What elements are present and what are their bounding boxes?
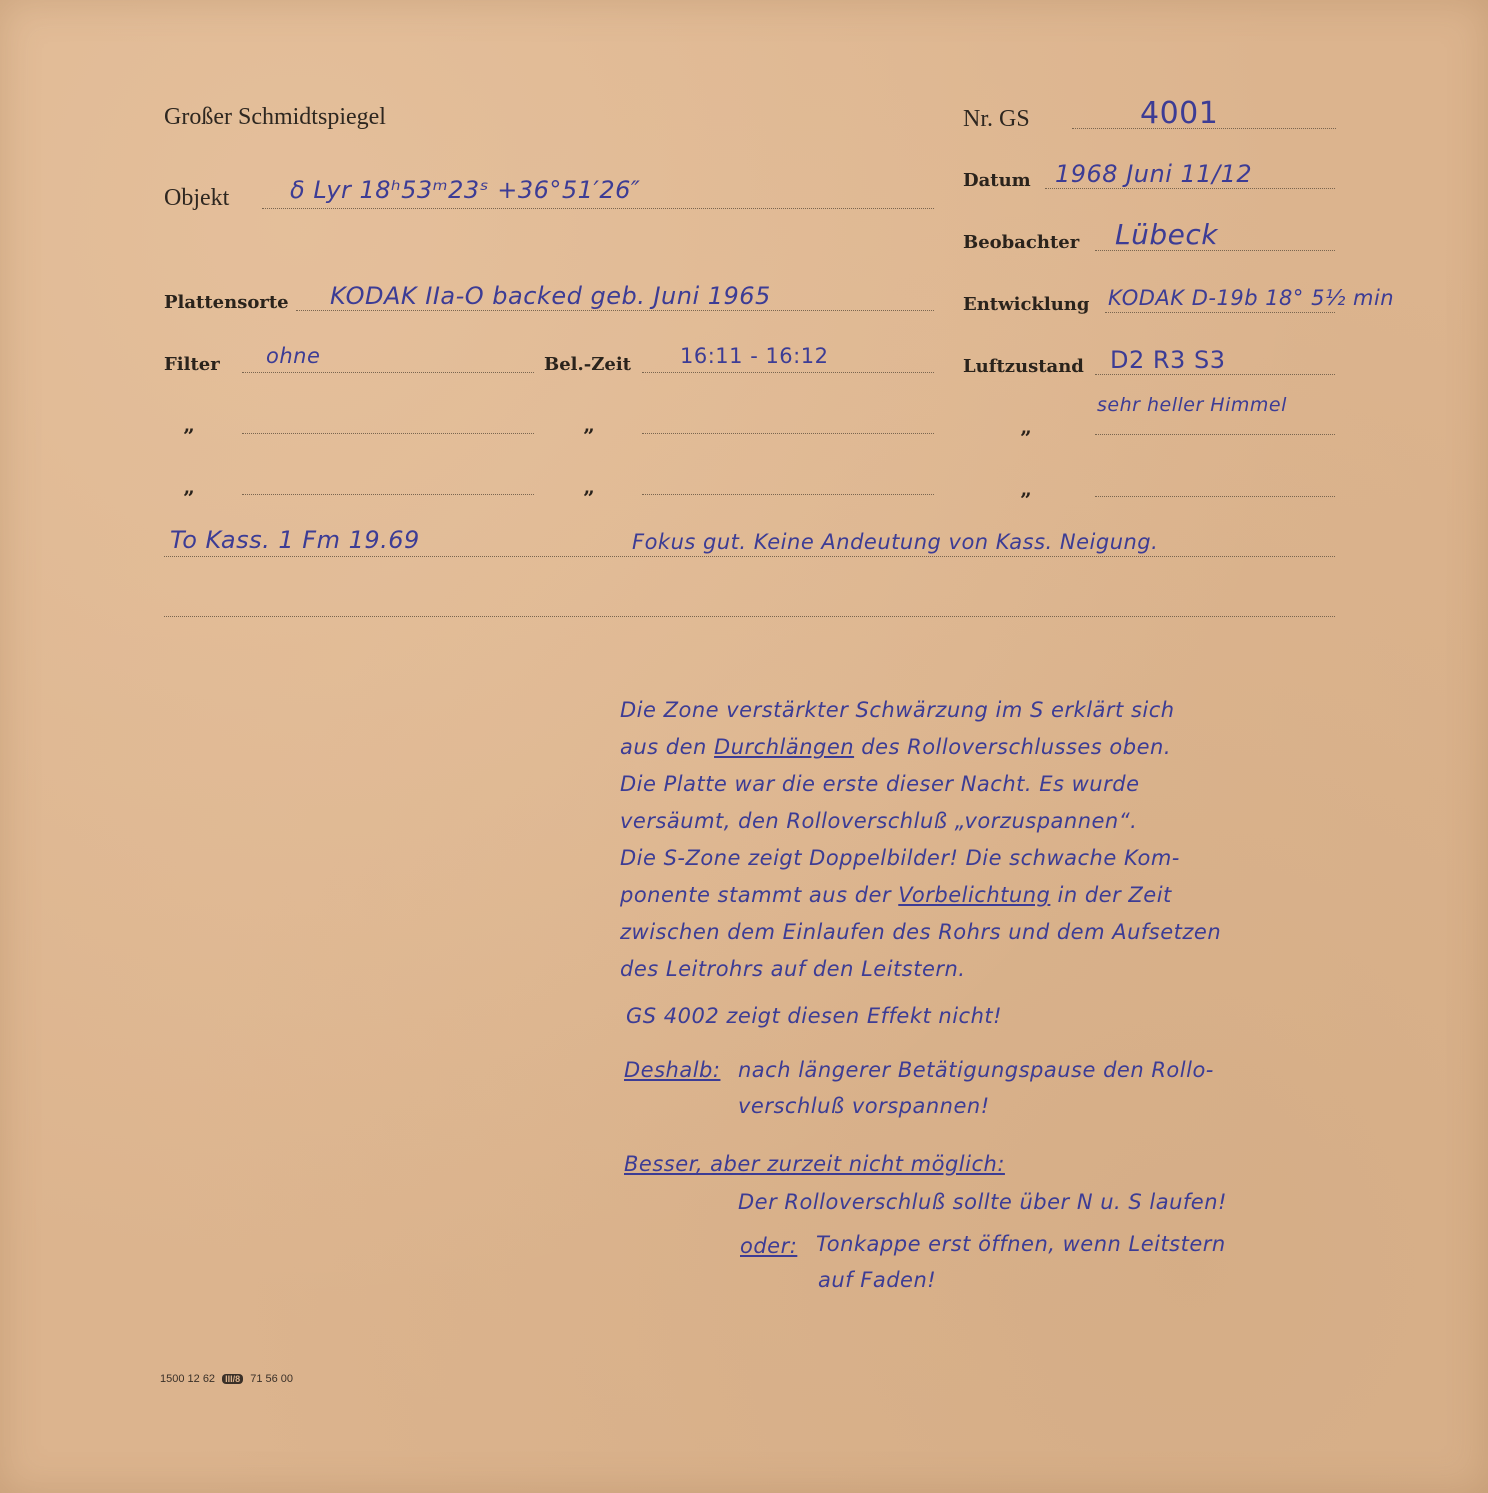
note-text: Die Zone verstärkter Schwärzung im S erk…	[620, 698, 1175, 722]
remarks-left: To Kass. 1 Fm 19.69	[170, 526, 420, 554]
notes-paragraph: Die Zone verstärkter Schwärzung im S erk…	[620, 692, 1221, 988]
ditto-mark: ”	[183, 486, 195, 510]
filter-line	[242, 372, 534, 373]
bel-zeit-line-2	[642, 433, 934, 434]
note-line: des Leitrohrs auf den Leitstern.	[620, 951, 1221, 988]
datum-label: Datum	[963, 170, 1031, 191]
note-text: ponente stammt aus der	[620, 883, 898, 907]
note-deshalb-text-2: verschluß vorspannen!	[738, 1094, 990, 1118]
ditto-mark: ”	[1020, 426, 1032, 450]
ditto-mark: ”	[1020, 488, 1032, 512]
note-text: des Leitrohrs auf den Leitstern.	[620, 957, 965, 981]
note-text: versäumt, den Rolloverschluß „vorzuspann…	[620, 809, 1137, 833]
datum-value: 1968 Juni 11/12	[1055, 160, 1252, 188]
plattensorte-label: Plattensorte	[164, 292, 289, 313]
ditto-mark: ”	[183, 424, 195, 448]
note-line: ponente stammt aus der Vorbelichtung in …	[620, 877, 1221, 914]
luftzustand-extra: sehr heller Himmel	[1097, 394, 1287, 416]
note-oder-text-2: auf Faden!	[818, 1268, 936, 1292]
form-title: Großer Schmidtspiegel	[164, 104, 386, 131]
note-line: Die S-Zone zeigt Doppelbilder! Die schwa…	[620, 840, 1221, 877]
note-line: Die Platte war die erste dieser Nacht. E…	[620, 766, 1221, 803]
bel-zeit-line	[642, 372, 934, 373]
note-text: Die Platte war die erste dieser Nacht. E…	[620, 772, 1140, 796]
filter-line-2	[242, 433, 534, 434]
ditto-mark: ”	[583, 486, 595, 510]
note-oder-text-1: Tonkappe erst öffnen, wenn Leitstern	[816, 1232, 1226, 1256]
note-text: in der Zeit	[1050, 883, 1171, 907]
beobachter-value: Lübeck	[1115, 218, 1218, 251]
luftzustand-label: Luftzustand	[963, 356, 1084, 377]
print-badge: III/8	[222, 1374, 243, 1384]
entwicklung-line	[1105, 312, 1335, 313]
nr-gs-label: Nr. GS	[963, 106, 1030, 133]
note-gs4002: GS 4002 zeigt diesen Effekt nicht!	[626, 1004, 1002, 1028]
objekt-label: Objekt	[164, 185, 229, 212]
ditto-mark: ”	[583, 424, 595, 448]
note-line: zwischen dem Einlaufen des Rohrs und dem…	[620, 914, 1221, 951]
print-code: 1500 12 62 III/8 71 56 00	[160, 1373, 293, 1385]
note-besser-label: Besser, aber zurzeit nicht möglich:	[624, 1152, 1005, 1176]
note-text: zwischen dem Einlaufen des Rohrs und dem…	[620, 920, 1221, 944]
note-text: des Rolloverschlusses oben.	[854, 735, 1171, 759]
bel-zeit-label: Bel.-Zeit	[544, 354, 631, 375]
remarks-line-2	[164, 616, 1335, 617]
plattensorte-line	[296, 310, 934, 311]
note-deshalb-text-1: nach längerer Betätigungspause den Rollo…	[738, 1058, 1214, 1082]
luftzustand-line	[1095, 374, 1335, 375]
note-oder-label: oder:	[740, 1234, 797, 1258]
entwicklung-value: KODAK D-19b 18° 5½ min	[1108, 286, 1394, 310]
note-line: aus den Durchlängen des Rolloverschlusse…	[620, 729, 1221, 766]
nr-gs-value: 4001	[1140, 96, 1218, 131]
filter-value: ohne	[266, 344, 320, 368]
note-line: Die Zone verstärkter Schwärzung im S erk…	[620, 692, 1221, 729]
filter-line-3	[242, 494, 534, 495]
filter-label: Filter	[164, 354, 220, 375]
plattensorte-value: KODAK IIa-O backed geb. Juni 1965	[330, 282, 771, 310]
print-code-right: 71 56 00	[250, 1373, 293, 1385]
entwicklung-label: Entwicklung	[963, 294, 1089, 315]
note-text: Die S-Zone zeigt Doppelbilder! Die schwa…	[620, 846, 1180, 870]
underlined-word: Vorbelichtung	[898, 883, 1050, 907]
note-text: aus den	[620, 735, 714, 759]
objekt-line	[262, 208, 934, 209]
remarks-line-1	[164, 556, 1335, 557]
note-deshalb-label: Deshalb:	[624, 1058, 720, 1082]
luftzustand-line-2	[1095, 434, 1335, 435]
bel-zeit-value: 16:11 - 16:12	[680, 344, 828, 368]
bel-zeit-line-3	[642, 494, 934, 495]
datum-line	[1045, 188, 1335, 189]
remarks-right: Fokus gut. Keine Andeutung von Kass. Nei…	[632, 530, 1158, 554]
underlined-word: Durchlängen	[714, 735, 854, 759]
luftzustand-value: D2 R3 S3	[1110, 346, 1225, 374]
note-line: versäumt, den Rolloverschluß „vorzuspann…	[620, 803, 1221, 840]
print-code-left: 1500 12 62	[160, 1373, 215, 1385]
luftzustand-line-3	[1095, 496, 1335, 497]
note-besser-text-1: Der Rolloverschluß sollte über N u. S la…	[738, 1190, 1227, 1214]
beobachter-label: Beobachter	[963, 232, 1079, 253]
objekt-value: δ Lyr 18ʰ53ᵐ23ˢ +36°51′26″	[290, 176, 640, 204]
